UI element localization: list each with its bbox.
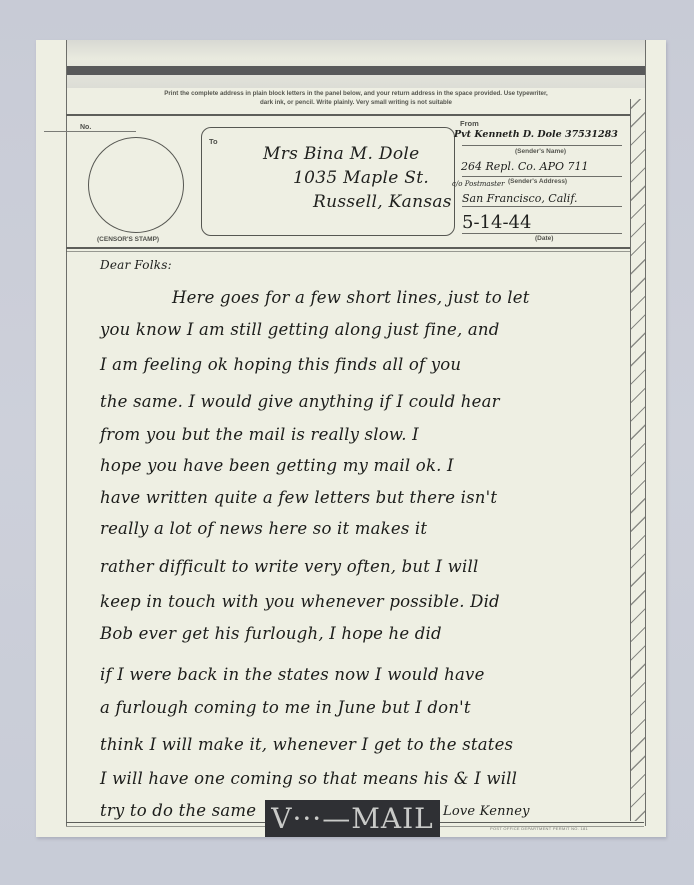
recipient-street: 1035 Maple St. xyxy=(293,168,429,188)
letter-line: try to do the same xyxy=(100,801,256,820)
sender-name-line xyxy=(462,145,622,146)
letter-line: Bob ever get his furlough, I hope he did xyxy=(100,624,442,643)
no-label: No. xyxy=(80,124,91,131)
date-line xyxy=(462,233,622,234)
to-label: To xyxy=(209,137,218,146)
letter-line: think I will make it, whenever I get to … xyxy=(100,735,513,754)
letter-line: the same. I would give anything if I cou… xyxy=(100,392,500,411)
sender-name-caption: (Sender's Name) xyxy=(515,148,566,155)
censor-stamp-circle xyxy=(88,137,184,233)
top-band xyxy=(67,40,645,88)
letter-line: if I were back in the states now I would… xyxy=(100,665,485,684)
sender-address-caption: (Sender's Address) xyxy=(508,178,567,185)
letter-line: keep in touch with you whenever possible… xyxy=(100,592,500,611)
sender-address-line-2 xyxy=(462,206,622,207)
recipient-name: Mrs Bina M. Dole xyxy=(263,144,419,164)
letter-line: I am feeling ok hoping this finds all of… xyxy=(100,355,461,374)
recipient-city-state: Russell, Kansas xyxy=(313,192,452,212)
letter-closing: Love Kenney xyxy=(443,804,530,819)
letter-line: rather difficult to write very often, bu… xyxy=(100,557,478,576)
letter-line: from you but the mail is really slow. I xyxy=(100,425,419,444)
header-bottom-rule-2 xyxy=(66,251,631,252)
letter-line: have written quite a few letters but the… xyxy=(100,488,497,507)
sender-address-line1: 264 Repl. Co. APO 711 xyxy=(461,160,589,173)
sender-name: Pvt Kenneth D. Dole 37531283 xyxy=(454,129,618,140)
letter-line: a furlough coming to me in June but I do… xyxy=(100,698,471,717)
letter-line: you know I am still getting along just f… xyxy=(100,320,499,339)
footer-permit-print: POST OFFICE DEPARTMENT PERMIT NO. 181 xyxy=(490,826,588,831)
form-instructions: Print the complete address in plain bloc… xyxy=(67,90,645,107)
letter-line: I will have one coming so that means his… xyxy=(100,769,517,788)
sender-address-prefix: c/o Postmaster xyxy=(452,180,504,188)
sender-address-line xyxy=(462,176,622,177)
censor-stamp-label: (CENSOR'S STAMP) xyxy=(97,236,159,243)
from-label: From xyxy=(460,119,479,128)
letter-line: hope you have been getting my mail ok. I xyxy=(100,456,454,475)
letter-line: Here goes for a few short lines, just to… xyxy=(172,288,530,307)
hatched-margin xyxy=(630,99,645,821)
no-field-line xyxy=(44,131,136,132)
top-dark-bar xyxy=(67,66,645,75)
letter-line: really a lot of news here so it makes it xyxy=(100,519,427,538)
header-top-rule xyxy=(66,114,631,116)
date-caption: (Date) xyxy=(535,235,553,242)
letter-salutation: Dear Folks: xyxy=(100,258,172,272)
header-bottom-rule xyxy=(66,247,631,249)
letter-date: 5-14-44 xyxy=(462,212,531,233)
vmail-logo: V···—MAIL xyxy=(265,800,440,837)
sender-address-line2: San Francisco, Calif. xyxy=(462,192,578,205)
